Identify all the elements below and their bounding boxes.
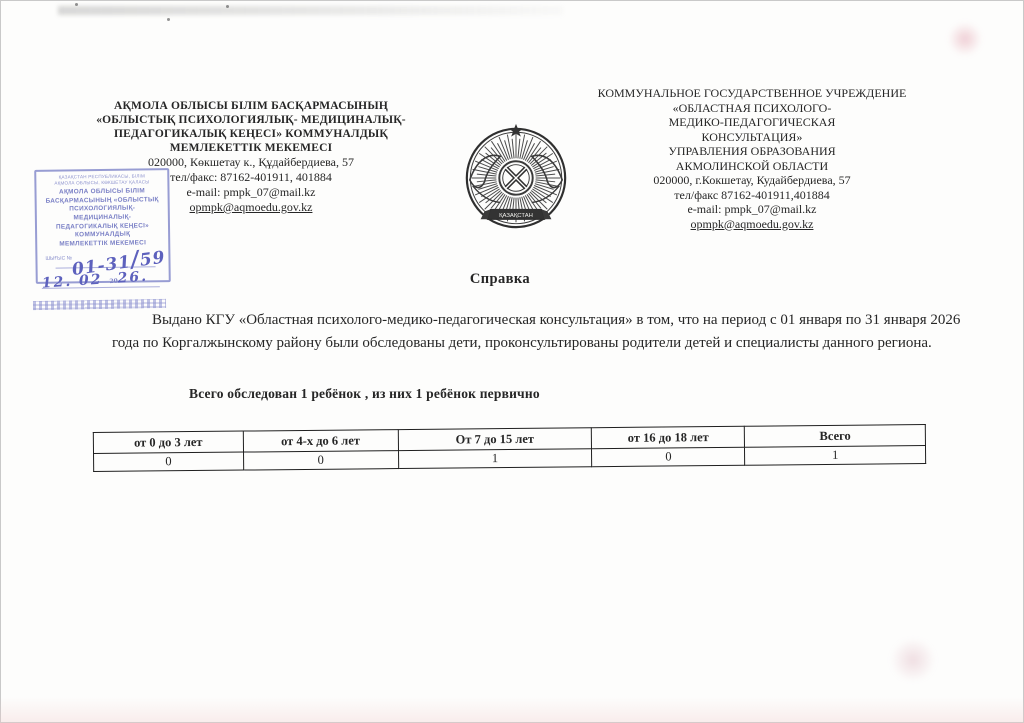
org-phone: тел/факс 87162-401911,401884 (578, 188, 926, 203)
table-value-cell: 0 (94, 452, 244, 471)
scan-speck (167, 18, 170, 21)
body-paragraph: Выдано КГУ «Областная психолого-медико-п… (112, 309, 992, 354)
table-header-cell: от 16 до 18 лет (592, 426, 745, 448)
org-name-line: КОММУНАЛЬНОЕ ГОСУДАРСТВЕННОЕ УЧРЕЖДЕНИЕ (578, 86, 926, 101)
table-header-cell: Всего (745, 425, 926, 448)
letterhead-russian: КОММУНАЛЬНОЕ ГОСУДАРСТВЕННОЕ УЧРЕЖДЕНИЕ … (578, 86, 926, 231)
table-header-cell: От 7 до 15 лет (398, 428, 592, 451)
org-name-line: УПРАВЛЕНИЯ ОБРАЗОВАНИЯ (578, 144, 926, 159)
scan-speck (75, 3, 78, 6)
org-name-line: МЕДИКО-ПЕДАГОГИЧЕСКАЯ (578, 115, 926, 130)
scan-speck (226, 5, 229, 8)
org-name-line: МЕМЛЕКЕТТІК МЕКЕМЕСІ (62, 141, 440, 155)
table-header-cell: от 0 до 3 лет (93, 431, 243, 453)
org-address: 020000, г.Кокшетау, Кудайбердиева, 57 (578, 173, 926, 188)
kazakhstan-coat-of-arms-icon: ҚАЗАҚСТАН (457, 117, 575, 235)
age-statistics-table: от 0 до 3 лет от 4-х до 6 лет От 7 до 15… (93, 424, 926, 472)
org-name-line: «ОБЛАСТНАЯ ПСИХОЛОГО- (578, 101, 926, 116)
table-value-cell: 1 (398, 449, 592, 469)
paragraph-line: Выдано КГУ «Областная психолого-медико-п… (112, 309, 992, 332)
org-name-line: АКМОЛИНСКОЙ ОБЛАСТИ (578, 159, 926, 174)
emblem-banner-text: ҚАЗАҚСТАН (499, 213, 533, 219)
stamp-date-handwritten: 12. 02 2026. (41, 269, 148, 292)
table-value-cell: 0 (592, 447, 745, 466)
org-address: 020000, Көкшетау к., Құдайбердиева, 57 (62, 155, 440, 170)
registration-stamp: ҚАЗАҚСТАН РЕСПУБЛИКАСЫ, БІЛІМ АҚМОЛА ОБЛ… (34, 168, 171, 284)
org-name-line: АҚМОЛА ОБЛЫСЫ БІЛІМ БАСҚАРМАСЫНЫҢ (62, 99, 440, 113)
summary-line: Всего обследован 1 ребёнок , из них 1 ре… (189, 386, 540, 402)
org-name-line: КОНСУЛЬТАЦИЯ» (578, 130, 926, 145)
pink-smudge-artifact (948, 22, 982, 56)
scanned-document-page: АҚМОЛА ОБЛЫСЫ БІЛІМ БАСҚАРМАСЫНЫҢ «ОБЛЫС… (0, 0, 1024, 723)
bleed-through-artifact (58, 6, 563, 15)
table-header-cell: от 4-х до 6 лет (243, 430, 398, 452)
stamp-line: АҚМОЛА ОБЛЫСЫ, КӨКШЕТАУ ҚАЛАСЫ (38, 179, 165, 186)
org-name-line: ПЕДАГОГИКАЛЫҚ КЕҢЕСІ» КОММУНАЛДЫҚ (62, 127, 440, 141)
document-title: Справка (380, 271, 620, 288)
org-email-link: opmpk@aqmoedu.gov.kz (578, 217, 926, 232)
table-value-cell: 0 (243, 451, 398, 470)
org-name-line: «ОБЛЫСТЫҚ ПСИХОЛОГИЯЛЫҚ- МЕДИЦИНАЛЫҚ- (62, 113, 440, 127)
paragraph-line: года по Коргалжынскому району были обсле… (112, 332, 992, 355)
scan-edge-tint (0, 697, 1024, 723)
pink-smudge-artifact (888, 640, 938, 680)
table-value-cell: 1 (745, 446, 926, 466)
org-email: e-mail: pmpk_07@mail.kz (578, 202, 926, 217)
